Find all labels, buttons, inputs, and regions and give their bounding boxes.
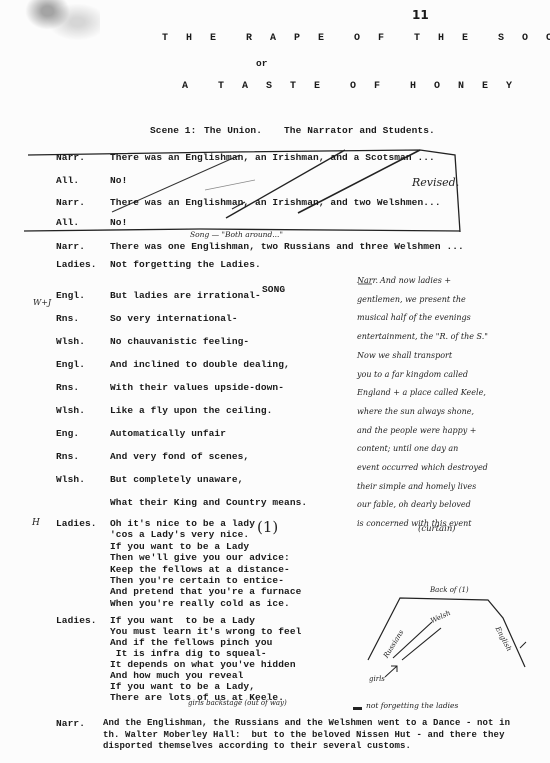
margin-note: H bbox=[32, 518, 40, 528]
verse-line: And pretend that you're a furnace bbox=[110, 586, 301, 597]
song-heading: SONG bbox=[262, 284, 285, 295]
verse-line: You must learn it's wrong to feel bbox=[110, 626, 301, 637]
song-speaker: Rns. bbox=[56, 451, 79, 462]
handwritten-line: Now we shall transport bbox=[357, 351, 452, 360]
girls-backstage-note: girls backstage (out of way) bbox=[188, 699, 287, 707]
song-line: Like a fly upon the ceiling. bbox=[110, 405, 272, 416]
song-line: Automatically unfair bbox=[110, 428, 226, 439]
handwritten-line: entertainment, the "R. of the S." bbox=[357, 332, 488, 341]
dialogue-line: Not forgetting the Ladies. bbox=[110, 259, 261, 270]
song-line: No chauvanistic feeling- bbox=[110, 336, 249, 347]
narration-line: disported themselves according to their … bbox=[103, 741, 411, 751]
verse-line: Then we'll give you our advice: bbox=[110, 552, 290, 563]
dialogue-line: There was an Englishman, an Irishman, an… bbox=[110, 152, 435, 163]
verse-line: If you want to be a Lady, bbox=[110, 681, 255, 692]
song-margin-note: W+J bbox=[33, 298, 51, 307]
handwritten-line: event occurred which destroyed bbox=[357, 463, 488, 472]
handwritten-line: their simple and homely lives bbox=[357, 482, 476, 491]
song-speaker: Wlsh. bbox=[56, 474, 85, 485]
handwritten-line: musical half of the evenings bbox=[357, 313, 471, 322]
verse-line: Keep the fellows at a distance- bbox=[110, 564, 290, 575]
verse-line: Oh it's nice to be a lady bbox=[110, 518, 255, 529]
curtain-note: (curtain) bbox=[418, 524, 456, 534]
song-line: So very international- bbox=[110, 313, 238, 324]
speaker-label: Narr. bbox=[56, 197, 116, 208]
song-speaker: Wlsh. bbox=[56, 405, 85, 416]
song-line: But ladies are irrational- bbox=[110, 290, 261, 301]
verse-line: When you're really cold as ice. bbox=[110, 598, 290, 609]
song-line: But completely unaware, bbox=[110, 474, 243, 485]
verse-line: And how much you reveal bbox=[110, 670, 243, 681]
narration-line: And the Englishman, the Russians and the… bbox=[103, 718, 510, 728]
revised-annotation: Revised. bbox=[412, 176, 459, 189]
handwritten-line: gentlemen, we present the bbox=[357, 295, 466, 304]
verse-number: (1) bbox=[257, 518, 278, 536]
dialogue-line: No! bbox=[110, 217, 127, 228]
verse-line: It is infra dig to squeal- bbox=[110, 648, 267, 659]
speaker-label: Narr. bbox=[56, 241, 116, 252]
verse-line: And if the fellows pinch you bbox=[110, 637, 272, 648]
handwritten-line: where the sun always shone, bbox=[357, 407, 474, 416]
dialogue-line: No! bbox=[110, 175, 127, 186]
handwritten-line: our fable, oh dearly beloved bbox=[357, 500, 471, 509]
dialogue-line: There was an Englishman, an Irishman, an… bbox=[110, 197, 441, 208]
verse-line: 'cos a Lady's very nice. bbox=[110, 529, 249, 540]
song-line: What their King and Country means. bbox=[110, 497, 307, 508]
song-speaker: Wlsh. bbox=[56, 336, 85, 347]
song-note: Song — "Both around..." bbox=[190, 230, 283, 239]
song-speaker: Eng. bbox=[56, 428, 79, 439]
song-line: And inclined to double dealing, bbox=[110, 359, 290, 370]
narration-line: th. Walter Moberley Hall: but to the bel… bbox=[103, 730, 505, 740]
song-speaker: Engl. bbox=[56, 290, 85, 301]
verse-line: If you want to be a Lady bbox=[110, 541, 249, 552]
speaker-label: All. bbox=[56, 217, 116, 228]
speaker-label: Ladies. bbox=[56, 259, 116, 270]
verse-line: It depends on what you've hidden bbox=[110, 659, 296, 670]
speaker-label: Narr. bbox=[56, 718, 85, 729]
song-line: And very fond of scenes, bbox=[110, 451, 249, 462]
handwritten-line: you to a far kingdom called bbox=[357, 370, 468, 379]
song-line: With their values upside-down- bbox=[110, 382, 284, 393]
speaker-label: All. bbox=[56, 175, 116, 186]
diagram-top-label: Back of (1) bbox=[430, 586, 469, 594]
handwritten-speaker: Narr. bbox=[357, 276, 378, 285]
song-speaker: Engl. bbox=[56, 359, 85, 370]
speaker-label: Ladies. bbox=[56, 518, 97, 529]
diagram-label-girls: girls bbox=[369, 675, 385, 683]
handwritten-line: And now ladies + bbox=[380, 276, 451, 285]
not-forgetting-note: not forgetting the ladies bbox=[366, 701, 458, 710]
handwritten-line: England + a place called Keele, bbox=[357, 388, 486, 397]
handwritten-line: content; until one day an bbox=[357, 444, 458, 453]
speaker-label: Ladies. bbox=[56, 615, 97, 626]
song-speaker: Rns. bbox=[56, 313, 79, 324]
dialogue-line: There was one Englishman, two Russians a… bbox=[110, 241, 464, 252]
song-speaker: Rns. bbox=[56, 382, 79, 393]
verse-line: Then you're certain to entice- bbox=[110, 575, 284, 586]
verse-line: If you want to be a Lady bbox=[110, 615, 255, 626]
speaker-label: Narr. bbox=[56, 152, 116, 163]
handwritten-line: and the people were happy + bbox=[357, 426, 476, 435]
